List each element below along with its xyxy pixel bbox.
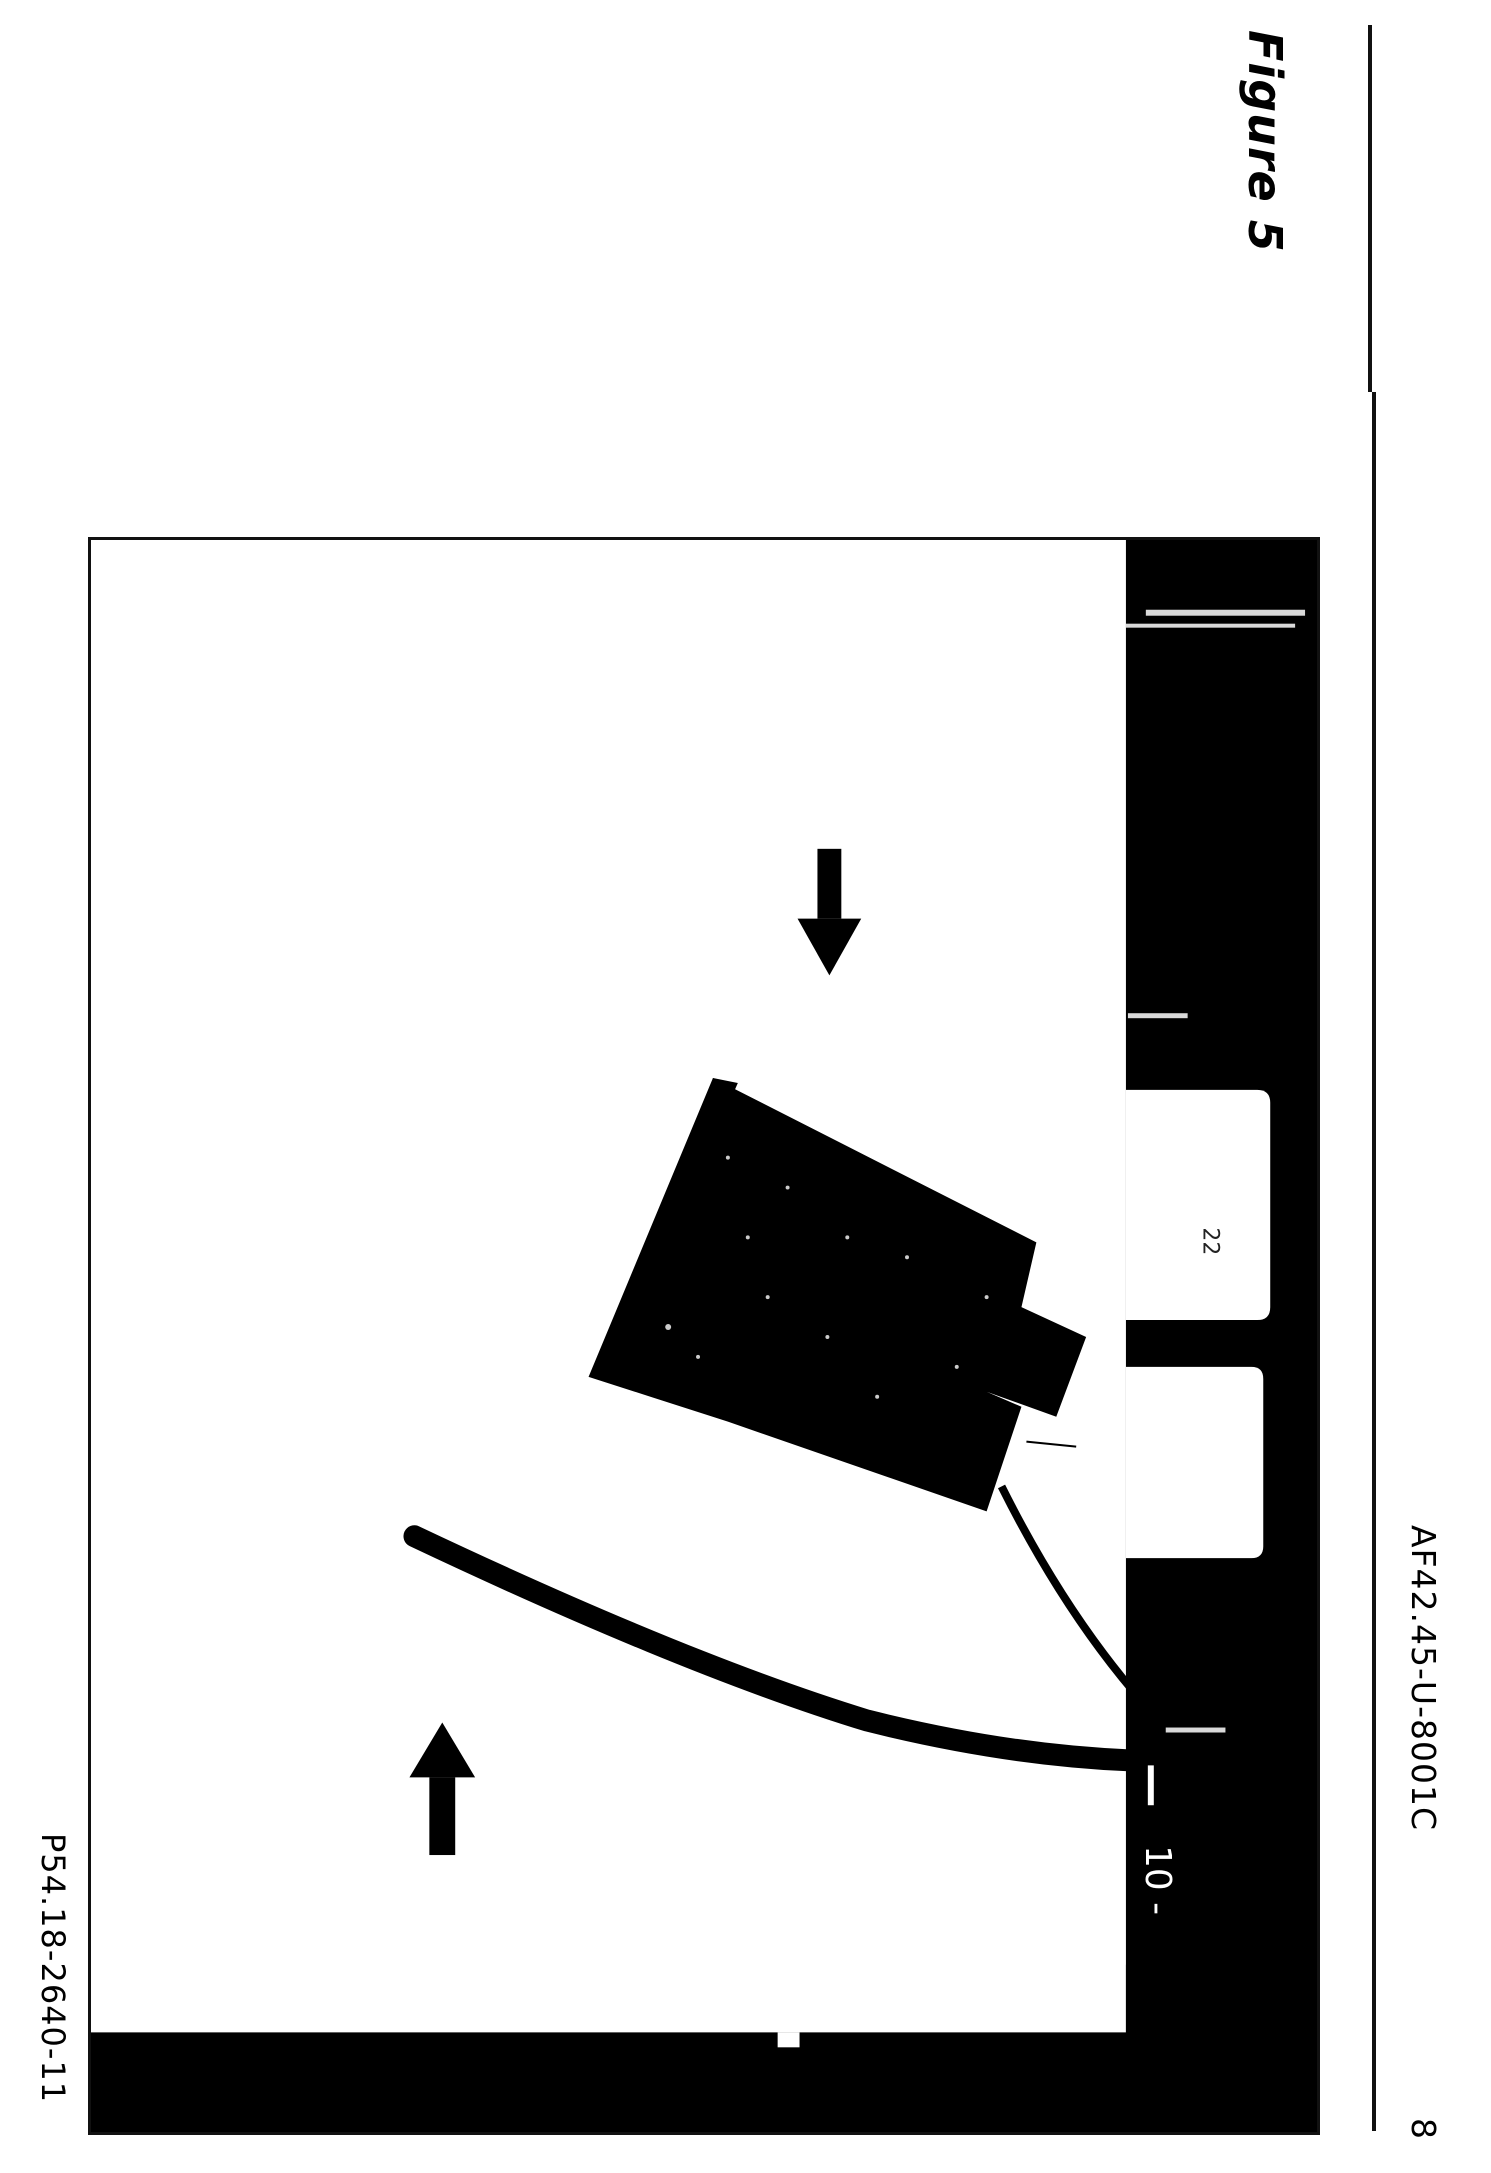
component-block: [589, 1078, 1087, 1511]
slot-marking: 22: [1198, 1227, 1223, 1255]
slot-lower: [1126, 1367, 1263, 1558]
slot-upper: [1126, 1090, 1270, 1320]
page-number: 8: [1404, 2118, 1443, 2139]
document-code: AF42.45-U-8001C: [1404, 1525, 1443, 1831]
photo-illustration: 22 10 -: [91, 540, 1317, 2132]
header-rule-lower: [1372, 392, 1376, 2131]
header-rule: [1368, 25, 1372, 392]
component-cable: [1002, 1486, 1146, 1705]
arrow-up-icon: [409, 1723, 475, 1856]
figure-title: Figure 5: [1238, 30, 1292, 253]
loose-cable: [414, 1536, 1130, 1760]
rail-marking: 10 -: [1137, 1845, 1178, 1915]
base-band: [91, 2032, 1317, 2132]
drawing-reference: P54.18-2640-11: [34, 1833, 72, 2103]
figure-photo: 22 10 -: [88, 537, 1320, 2135]
arrow-down-icon: [798, 849, 862, 976]
